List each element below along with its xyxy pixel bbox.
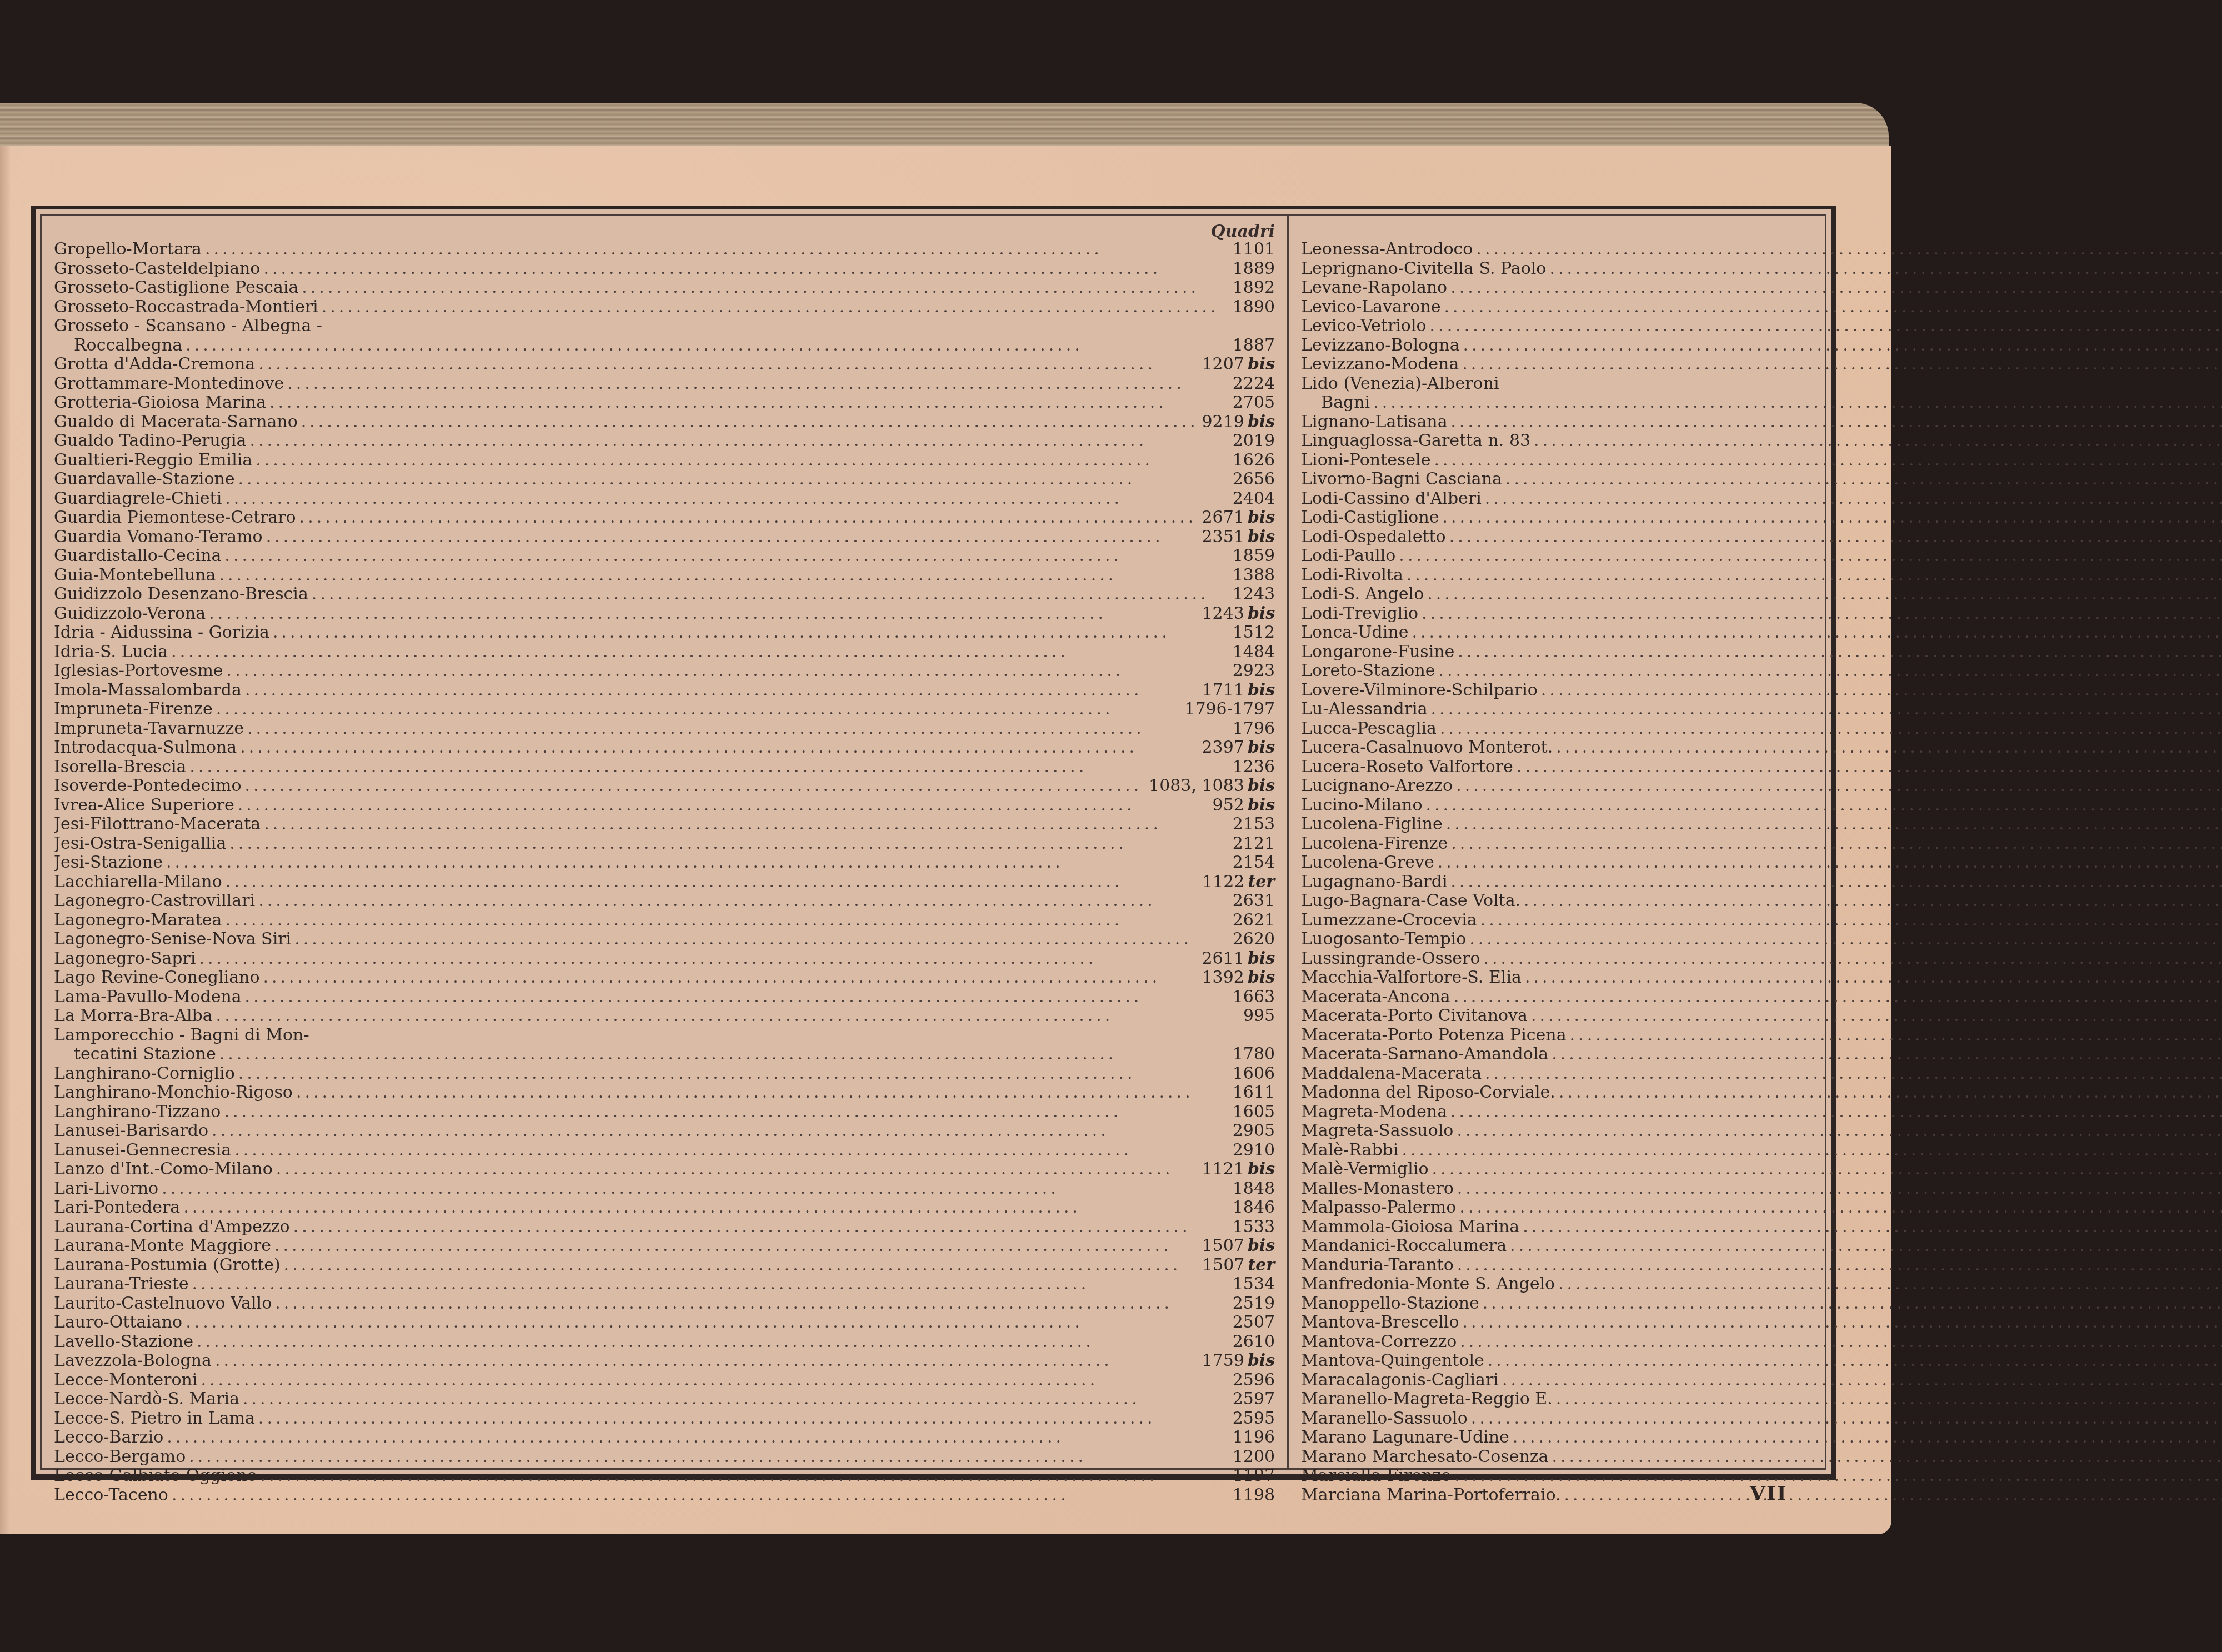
quadro-reference: 2705	[1233, 393, 1275, 413]
quadro-number: 2224	[1233, 374, 1275, 393]
index-entry: La Morra-Bra-Alba995	[54, 1007, 1275, 1026]
quadro-reference: 1198	[1233, 1486, 1275, 1505]
index-entry: Laurana-Trieste1534	[54, 1275, 1275, 1294]
quadro-suffix: bis	[1248, 354, 1275, 374]
station-route-name: Lido (Venezia)-Alberoni	[1301, 374, 1499, 394]
index-entry: Maddalena-Macerata2176	[1301, 1064, 2222, 1084]
dot-leader	[189, 1448, 1229, 1467]
quadro-number: 1759	[1202, 1351, 1244, 1370]
dot-leader	[167, 1428, 1229, 1448]
quadro-reference: 1796-1797	[1184, 700, 1275, 719]
dot-leader	[1430, 317, 2222, 336]
station-route-name: Lecce-Monteroni	[54, 1371, 197, 1390]
index-entry: Bagni1423bis	[1301, 393, 2222, 413]
quadro-reference: 1512	[1233, 623, 1275, 643]
dot-leader	[226, 873, 1199, 892]
quadro-reference: 2224	[1233, 374, 1275, 394]
dot-leader	[273, 623, 1229, 643]
station-route-name: Madonna del Riposo-Corviale.	[1301, 1083, 1555, 1103]
station-route-name: Lari-Livorno	[54, 1179, 158, 1199]
dot-leader	[1422, 604, 2222, 624]
quadro-number: 1198	[1233, 1485, 1275, 1505]
index-entry: Lucignano-Arezzo1798bis	[1301, 777, 2222, 796]
station-route-name: Laurana-Postumia (Grotte)	[54, 1256, 281, 1275]
dot-leader	[1541, 681, 2222, 700]
dot-leader	[219, 1045, 1229, 1064]
dot-leader	[258, 892, 1229, 911]
station-route-name: Lussingrande-Ossero	[1301, 949, 1480, 969]
dot-leader	[162, 1179, 1229, 1199]
quadro-reference: 1846	[1233, 1198, 1275, 1218]
dot-leader	[1434, 451, 2222, 470]
quadro-reference: 1611	[1233, 1083, 1275, 1103]
station-route-name: Idria-S. Lucia	[54, 643, 168, 662]
index-entry: Malè-Rabbi1302	[1301, 1141, 2222, 1160]
quadro-reference: 2923	[1233, 662, 1275, 681]
dot-leader	[1552, 1448, 2222, 1467]
quadro-number: 1243	[1233, 584, 1275, 604]
dot-leader	[1449, 528, 2222, 547]
index-entry: Guardiagrele-Chieti2404	[54, 489, 1275, 509]
station-route-name: Guardiagrele-Chieti	[54, 489, 222, 509]
dot-leader	[312, 585, 1229, 604]
station-route-name: Manoppello-Stazione	[1301, 1294, 1479, 1314]
index-entry: Lucolena-Figline1787	[1301, 815, 2222, 834]
quadro-number: 995	[1243, 1006, 1275, 1025]
index-entry: Lanusei-Barisardo2905	[54, 1122, 1275, 1141]
quadro-suffix: bis	[1248, 795, 1275, 815]
dot-leader	[234, 1141, 1229, 1160]
dot-leader	[256, 451, 1229, 470]
quadro-reference: 1507ter	[1202, 1256, 1275, 1275]
index-entry: Lari-Livorno1848	[54, 1179, 1275, 1199]
quadro-suffix: bis	[1248, 1159, 1275, 1179]
index-entry: Lucca-Pescaglia1865	[1301, 719, 2222, 739]
dot-leader	[1549, 259, 2222, 279]
index-entry: Laurana-Cortina d'Ampezzo1533	[54, 1218, 1275, 1237]
index-entry: Lagonegro-Senise-Nova Siri2620	[54, 930, 1275, 949]
dot-leader	[216, 700, 1182, 719]
index-entry: Gualdo di Macerata-Sarnano9219bis	[54, 413, 1275, 432]
index-entry: Grottammare-Montedinove2224	[54, 374, 1275, 394]
quadro-number: 2404	[1233, 489, 1275, 508]
page-stack-edges	[0, 103, 1889, 147]
dot-leader	[1523, 1218, 2222, 1237]
dot-leader	[183, 1198, 1229, 1218]
dot-leader	[225, 911, 1229, 930]
dot-leader	[1559, 1083, 2222, 1103]
index-entry: Guia-Montebelluna1388	[54, 566, 1275, 585]
station-route-name: Lama-Pavullo-Modena	[54, 988, 242, 1007]
index-entry: Gualtieri-Reggio Emilia1626	[54, 451, 1275, 470]
dot-leader	[1438, 853, 2222, 873]
index-entry: Guardavalle-Stazione2656	[54, 470, 1275, 489]
index-entry: Malpasso-Palermo2823	[1301, 1198, 2222, 1218]
quadro-suffix: bis	[1248, 412, 1275, 432]
quadro-number: 1611	[1233, 1083, 1275, 1102]
quadro-reference: 1101	[1233, 240, 1275, 259]
station-route-name: Imola-Massalombarda	[54, 681, 242, 700]
dot-leader	[1457, 1179, 2222, 1199]
station-route-name: Grosseto-Roccastrada-Montieri	[54, 298, 318, 317]
dot-leader	[1564, 1486, 2222, 1505]
quadro-number: 2631	[1233, 891, 1275, 910]
quadro-number: 2705	[1233, 393, 1275, 412]
quadro-number: 2905	[1233, 1121, 1275, 1140]
dot-leader	[1450, 278, 2222, 298]
dot-leader	[299, 508, 1199, 528]
dot-leader	[1451, 413, 2222, 432]
quadro-reference: 1605	[1233, 1103, 1275, 1122]
index-entry: Malè-Vermiglio1337	[1301, 1160, 2222, 1179]
index-entry: Lussingrande-Ossero1526	[1301, 949, 2222, 969]
station-route-name: Laurana-Trieste	[54, 1275, 189, 1294]
dot-leader	[264, 815, 1229, 834]
dot-leader	[240, 738, 1198, 758]
index-entry: Idria-S. Lucia1484	[54, 643, 1275, 662]
dot-leader	[245, 681, 1199, 700]
dot-leader	[1483, 949, 2222, 969]
quadro-number: 1605	[1233, 1102, 1275, 1122]
station-route-name: Marciana Marina-Portoferraio.	[1301, 1486, 1560, 1505]
station-route-name: tecatini Stazione	[74, 1045, 216, 1064]
index-entry: Gropello-Mortara1101	[54, 240, 1275, 259]
dot-leader	[258, 1409, 1229, 1429]
dot-leader	[227, 662, 1229, 681]
index-entry: Lodi-S. Angelo1140	[1301, 585, 2222, 604]
quadro-number: 1196	[1233, 1428, 1275, 1447]
index-entry: Longarone-Fusine1342	[1301, 643, 2222, 662]
index-entry: Lignano-Latisana1463bis	[1301, 413, 2222, 432]
quadro-reference: 2019	[1233, 432, 1275, 451]
index-entry: Luogosanto-Tempio2877	[1301, 930, 2222, 949]
quadro-reference: 2610	[1233, 1333, 1275, 1352]
index-entry: Marano Lagunare-Udine1433	[1301, 1428, 2222, 1448]
index-entry: Grosseto-Roccastrada-Montieri1890	[54, 298, 1275, 317]
station-route-name: Maracalagonis-Cagliari	[1301, 1371, 1499, 1390]
index-entry: Lecco-Taceno1198	[54, 1486, 1275, 1505]
quadro-reference: 1207bis	[1202, 355, 1275, 374]
quadro-reference: 1196	[1233, 1428, 1275, 1448]
quadro-reference: 1890	[1233, 298, 1275, 317]
station-route-name: Mandanici-Roccalumera	[1301, 1237, 1507, 1256]
index-entry: Idria - Aidussina - Gorizia1512	[54, 623, 1275, 643]
quadro-reference: 2397bis	[1202, 738, 1275, 758]
quadro-number: 1534	[1233, 1274, 1275, 1294]
dot-leader	[258, 355, 1198, 374]
quadro-reference: 1606	[1233, 1064, 1275, 1084]
station-route-name: Grotta d'Adda-Cremona	[54, 355, 255, 374]
index-entry: Lugo-Bagnara-Case Volta.1736	[1301, 892, 2222, 911]
index-entry: Levico-Vetriolo1300	[1301, 317, 2222, 336]
quadro-number: 2597	[1233, 1389, 1275, 1409]
station-route-name: Leonessa-Antrodoco	[1301, 240, 1473, 259]
dot-leader	[172, 1486, 1229, 1505]
dot-leader	[276, 1160, 1199, 1179]
index-entry: Maranello-Sassuolo1704	[1301, 1409, 2222, 1429]
page-gutter	[0, 146, 10, 1534]
quadro-number: 1243	[1202, 604, 1244, 623]
dot-leader	[1488, 1351, 2222, 1371]
index-columns: QuadriGropello-Mortara1101Grosseto-Caste…	[40, 214, 1826, 1470]
quadro-reference: 1780	[1233, 1045, 1275, 1064]
dot-leader	[224, 1103, 1229, 1122]
index-entry: Lodi-Ospedaletto1141bis	[1301, 528, 2222, 547]
quadro-number: 1484	[1233, 642, 1275, 662]
dot-leader	[1456, 777, 2222, 796]
quadro-suffix: bis	[1248, 508, 1275, 527]
quadro-number: 2610	[1233, 1332, 1275, 1351]
station-route-name: Laurito-Castelnuovo Vallo	[54, 1294, 272, 1314]
index-entry: Lodi-Cassino d'Alberi1143	[1301, 489, 2222, 509]
index-entry: Lecco-Barzio1196	[54, 1428, 1275, 1448]
dot-leader	[225, 489, 1229, 509]
index-entry: Leprignano-Civitella S. Paolo2317	[1301, 259, 2222, 279]
quadro-suffix: bis	[1248, 604, 1275, 623]
station-route-name: Mantova-Quingentole	[1301, 1351, 1484, 1371]
dot-leader	[192, 1275, 1229, 1294]
quadro-suffix: bis	[1248, 527, 1275, 547]
quadro-number: 2595	[1233, 1409, 1275, 1428]
dot-leader	[1431, 700, 2222, 719]
station-route-name: Marano Lagunare-Udine	[1301, 1428, 1509, 1448]
dot-leader	[1459, 1198, 2222, 1218]
dot-leader	[197, 1333, 1229, 1352]
index-entry: Introdacqua-Sulmona2397bis	[54, 738, 1275, 758]
quadro-number: 2671	[1202, 508, 1244, 527]
station-route-name: Lanzo d'Int.-Como-Milano	[54, 1160, 273, 1179]
dot-leader	[1451, 834, 2222, 854]
quadro-number: 1392	[1202, 968, 1244, 987]
quadro-number: 2121	[1233, 834, 1275, 853]
index-entry: Lagonegro-Maratea2621	[54, 911, 1275, 930]
index-entry: Lucolena-Firenze1785	[1301, 834, 2222, 854]
dot-leader	[244, 777, 1145, 796]
quadro-reference: 1083, 1083bis	[1149, 777, 1275, 796]
index-entry: Grotta d'Adda-Cremona1207bis	[54, 355, 1275, 374]
dot-leader	[1454, 1466, 2222, 1486]
dot-leader	[1525, 968, 2222, 988]
index-entry: Lumezzane-Crocevia1258	[1301, 911, 2222, 930]
index-entry: Mammola-Gioiosa Marina2706	[1301, 1218, 2222, 1237]
index-entry: Lecce-S. Pietro in Lama2595	[54, 1409, 1275, 1429]
dot-leader	[263, 968, 1198, 988]
station-route-name: Guardia Piemontese-Cetraro	[54, 508, 296, 528]
quadro-reference: 2910	[1233, 1141, 1275, 1160]
index-entry: Jesi-Filottrano-Macerata2153	[54, 815, 1275, 834]
quadro-number: 1848	[1233, 1179, 1275, 1198]
quadro-reference: 1122ter	[1202, 873, 1275, 892]
station-route-name: Leprignano-Civitella S. Paolo	[1301, 259, 1546, 279]
quadro-number: 2596	[1233, 1370, 1275, 1390]
station-route-name: Guardia Vomano-Teramo	[54, 528, 263, 547]
column-header-quadri: Quadri	[54, 223, 1275, 240]
station-route-name: Lonca-Udine	[1301, 623, 1408, 643]
station-route-name: Maranello-Magreta-Reggio E.	[1301, 1390, 1553, 1409]
dot-leader	[296, 1083, 1229, 1103]
quadro-number: 2620	[1233, 929, 1275, 949]
dot-leader	[275, 1294, 1229, 1314]
dot-leader	[1440, 719, 2222, 739]
index-entry: Mandanici-Roccalumera2742bis	[1301, 1237, 2222, 1256]
quadro-suffix: bis	[1248, 949, 1275, 968]
quadro-number: 2507	[1233, 1313, 1275, 1332]
station-route-name: Levizzano-Bologna	[1301, 336, 1459, 356]
station-route-name: Lanusei-Gennecresia	[54, 1141, 231, 1160]
station-route-name: Lucolena-Greve	[1301, 853, 1434, 873]
quadro-reference: 1392bis	[1202, 968, 1275, 988]
station-route-name: Manduria-Taranto	[1301, 1256, 1454, 1275]
quadro-reference: 995	[1243, 1007, 1275, 1026]
dot-leader	[247, 719, 1229, 739]
quadro-number: 2154	[1233, 853, 1275, 872]
station-route-name: Lecco-Taceno	[54, 1486, 168, 1505]
quadro-number: 2923	[1233, 661, 1275, 680]
index-entry: Macerata-Porto Potenza Picena2174	[1301, 1026, 2222, 1045]
quadro-reference: 1889	[1233, 259, 1275, 279]
quadro-reference: 2595	[1233, 1409, 1275, 1429]
quadro-number: 2019	[1233, 431, 1275, 450]
dot-leader	[201, 1371, 1229, 1390]
quadro-reference: 9219bis	[1202, 413, 1275, 432]
quadro-reference: 1626	[1233, 451, 1275, 470]
station-route-name: Mantova-Correzzo	[1301, 1333, 1457, 1352]
index-entry: Grosseto-Casteldelpiano1889	[54, 259, 1275, 279]
station-route-name: Lecce-Nardò-S. Maria	[54, 1390, 239, 1409]
station-route-name: Guia-Montebelluna	[54, 566, 216, 585]
quadro-number: 1780	[1233, 1044, 1275, 1064]
dot-leader	[1476, 240, 2222, 259]
dot-leader	[1510, 1237, 2222, 1256]
index-entry: Lodi-Treviglio1140bis	[1301, 604, 2222, 624]
dot-leader	[293, 1218, 1229, 1237]
dot-leader	[1402, 1141, 2222, 1160]
dot-leader	[1399, 547, 2222, 566]
index-entry: Lauro-Ottaiano2507	[54, 1313, 1275, 1333]
index-entry: Livorno-Bagni Casciana1858	[1301, 470, 2222, 489]
index-entry: Iglesias-Portovesme2923	[54, 662, 1275, 681]
dot-leader	[166, 853, 1229, 873]
station-route-name: Lagonegro-Maratea	[54, 911, 222, 930]
dot-leader	[1432, 1160, 2222, 1179]
station-route-name: Lodi-Castiglione	[1301, 508, 1439, 528]
dot-leader	[216, 1007, 1240, 1026]
quadro-number: 1711	[1202, 680, 1244, 700]
quadro-reference: 1887	[1233, 336, 1275, 356]
dot-leader	[1407, 566, 2222, 585]
dot-leader	[1471, 1409, 2222, 1429]
quadro-number: 1846	[1233, 1198, 1275, 1217]
quadro-reference: 1848	[1233, 1179, 1275, 1199]
station-route-name: Grottammare-Montedinove	[54, 374, 284, 394]
quadro-number: 1626	[1233, 450, 1275, 470]
station-route-name: Grosseto - Scansano - Albegna -	[54, 317, 322, 336]
station-route-name: Lodi-Ospedaletto	[1301, 528, 1445, 547]
dot-leader	[1485, 1064, 2222, 1084]
index-entry: Lagonegro-Sapri2611bis	[54, 949, 1275, 969]
dot-leader	[238, 470, 1229, 489]
quadro-suffix: bis	[1248, 738, 1275, 757]
station-route-name: Jesi-Stazione	[54, 853, 163, 873]
index-entry: Levizzano-Modena1681bis	[1301, 355, 2222, 374]
quadro-number: 1663	[1233, 987, 1275, 1007]
index-entry: Langhirano-Tizzano1605	[54, 1103, 1275, 1122]
station-route-name: Mammola-Gioiosa Marina	[1301, 1218, 1519, 1237]
quadro-reference: 2507	[1233, 1313, 1275, 1333]
dot-leader	[1531, 1007, 2222, 1026]
station-route-name: Laurana-Cortina d'Ampezzo	[54, 1218, 290, 1237]
station-route-name: Lari-Pontedera	[54, 1198, 180, 1218]
station-route-name: Lodi-S. Angelo	[1301, 585, 1424, 604]
index-entry: Mantova-Quingentole1265	[1301, 1351, 2222, 1371]
index-entry: Guidizzolo Desenzano-Brescia1243	[54, 585, 1275, 604]
dot-leader	[186, 1313, 1229, 1333]
dot-leader	[186, 336, 1229, 356]
quadro-number: 1533	[1233, 1217, 1275, 1237]
dot-leader	[205, 240, 1229, 259]
dot-leader	[1517, 758, 2222, 777]
dot-leader	[1558, 1275, 2222, 1294]
dot-leader	[287, 374, 1229, 394]
index-entry: Maranello-Magreta-Reggio E.1658	[1301, 1390, 2222, 1409]
quadro-reference: 2404	[1233, 489, 1275, 509]
index-entry: Loreto-Stazione2198	[1301, 662, 2222, 681]
station-route-name: Grosseto-Casteldelpiano	[54, 259, 260, 279]
index-entry: Lanusei-Gennecresia2910	[54, 1141, 1275, 1160]
dot-leader	[224, 547, 1229, 566]
index-entry: Lodi-Paullo1147	[1301, 547, 2222, 566]
index-entry: Manduria-Taranto2581	[1301, 1256, 2222, 1275]
index-entry: Maracalagonis-Cagliari2895	[1301, 1371, 2222, 1390]
dot-leader	[269, 393, 1229, 413]
index-entry: Levico-Lavarone1325	[1301, 298, 2222, 317]
dot-leader	[1463, 1313, 2222, 1333]
dot-leader	[189, 758, 1229, 777]
index-entry: Lavello-Stazione2610	[54, 1333, 1275, 1352]
station-route-name: Macerata-Sarnano-Amandola	[1301, 1045, 1548, 1064]
station-route-name: Lu-Alessandria	[1301, 700, 1427, 719]
station-route-name: Marano Marchesato-Cosenza	[1301, 1448, 1548, 1467]
station-route-name: Lecce-S. Pietro in Lama	[54, 1409, 255, 1429]
dot-leader	[284, 1256, 1199, 1275]
station-route-name: Lugagnano-Bardi	[1301, 873, 1447, 892]
quadro-reference: 1243	[1233, 585, 1275, 604]
index-entry: Macchia-Valfortore-S. Elia2435	[1301, 968, 2222, 988]
station-route-name: Livorno-Bagni Casciana	[1301, 470, 1502, 489]
station-route-name: Luogosanto-Tempio	[1301, 930, 1466, 949]
quadro-reference: 2154	[1233, 853, 1275, 873]
dot-leader	[1534, 432, 2222, 451]
station-route-name: Gropello-Mortara	[54, 240, 202, 259]
quadro-reference: 1859	[1233, 547, 1275, 566]
quadro-reference: 1243bis	[1202, 604, 1275, 624]
station-route-name: Lodi-Paullo	[1301, 547, 1395, 566]
dot-leader	[1412, 623, 2222, 643]
index-entry: Manoppello-Stazione2415	[1301, 1294, 2222, 1314]
column-header-quadri: Quadri	[1301, 223, 2222, 240]
dot-leader	[263, 259, 1229, 279]
index-entry: Levizzano-Bologna1682bis	[1301, 336, 2222, 356]
station-route-name: Langhirano-Tizzano	[54, 1103, 221, 1122]
station-route-name: Longarone-Fusine	[1301, 643, 1454, 662]
index-entry: Impruneta-Tavarnuzze1796	[54, 719, 1275, 739]
dot-leader	[1458, 643, 2222, 662]
index-entry: Imola-Massalombarda1711bis	[54, 681, 1275, 700]
quadro-number: 2611	[1202, 949, 1244, 968]
quadro-reference: 1533	[1233, 1218, 1275, 1237]
quadro-number: 1101	[1233, 239, 1275, 259]
quadro-number: 1121	[1202, 1159, 1244, 1179]
